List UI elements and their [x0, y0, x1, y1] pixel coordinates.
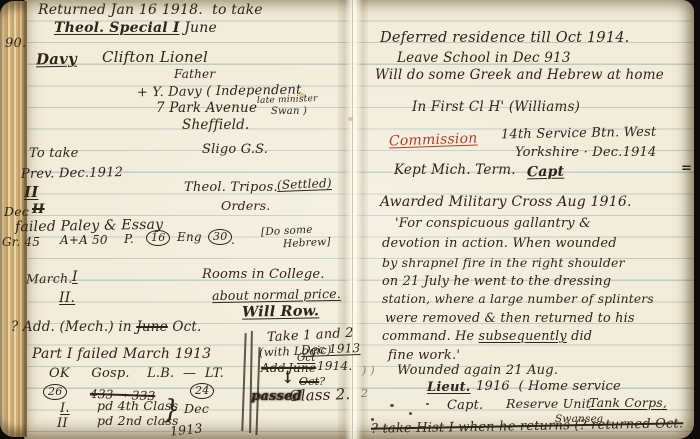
row-i-numeral: I. [60, 402, 70, 416]
prev-exam-line: Prev. Dec.1912 [21, 166, 123, 182]
dec-numeral-struck: II [32, 203, 45, 217]
first-class-line: In First Cl H' (Williams) [412, 100, 580, 115]
address-city: Sheffield. [182, 118, 249, 133]
price-line: about normal price. [212, 287, 341, 303]
mark-greek: Gr. 45 [2, 236, 40, 249]
entry-surname: Davy [36, 51, 77, 68]
captain-2: Capt. [447, 399, 483, 413]
march-label: March. [26, 272, 73, 287]
row-ii-result: pd 2nd class [97, 414, 179, 428]
citation-line-3: by shrapnel fire in the right shoulder [382, 256, 625, 270]
notebook-photo: Returned Jan 16 1918. to take Theol. Spe… [0, 0, 700, 439]
address-street: 7 Park Avenue [156, 101, 257, 116]
will-row-line: Will Row. [242, 303, 319, 320]
ink-blot [426, 403, 429, 405]
row-when: Dec [184, 402, 209, 416]
leave-school-line: Leave School in Dec 913 [397, 51, 571, 66]
lieut-rank: Lieut. [427, 381, 471, 395]
tank-corps: Tank Corps, [589, 396, 667, 410]
kept-term-line: Kept Mich. Term. [394, 163, 516, 178]
mech-oct: Oct. [168, 319, 202, 335]
citation-7b-underlined: subsequently [479, 329, 567, 344]
circled-24: 24 [190, 383, 214, 399]
march-numeral-i: I [72, 270, 78, 285]
paper-stain [348, 117, 353, 121]
citation-line-2: devotion in action. When wounded [382, 237, 617, 251]
mark-english-label: Eng [177, 231, 202, 244]
down-arrow-mark: ↓ [281, 369, 295, 387]
deferred-line: Deferred residence till Oct 1914. [380, 31, 630, 47]
ditto-marks: ) ) [362, 365, 375, 377]
service-unit-line-1: 14th Service Btn. West [501, 126, 657, 143]
note-exam: Theol. Special I June [54, 21, 217, 36]
page-number: 90. [5, 37, 26, 51]
ink-blot [390, 404, 394, 407]
wounded-line: Wounded again 21 Aug. [397, 364, 558, 378]
citation-line-5: station, where a large number of splinte… [382, 293, 654, 307]
military-cross-line: Awarded Military Cross Aug 1916. [380, 195, 632, 210]
mech-june-struck: June [136, 319, 168, 335]
lieut-detail: 1916 ( Home service [476, 380, 621, 394]
mark-period: . [231, 234, 235, 247]
mark-paley-circled: 16 [146, 230, 170, 246]
ok-subjects-line: OK Gosp. L.B. — LT. [49, 367, 224, 381]
service-unit-line-2: Yorkshire · Dec.1914 [515, 146, 657, 160]
citation-line-6: were removed & then returned to his [385, 312, 635, 326]
school-name: Sligo G.S. [202, 143, 268, 157]
mech-pre: ? Add. (Mech.) in [11, 319, 136, 335]
reserve-unit: Reserve Unit [506, 397, 595, 411]
commission-heading: Commission [389, 131, 478, 149]
row-ii-numeral: II [57, 417, 68, 431]
greek-hebrew-line: Will do some Greek and Hebrew at home [375, 68, 664, 83]
orders-line: Orders. [221, 199, 270, 213]
citation-line-7: command. He subsequently did [382, 330, 592, 344]
circled-26: 26 [43, 384, 67, 400]
part1-failed-line: Part I failed March 1913 [32, 347, 211, 362]
march-numeral-ii: II. [59, 291, 75, 306]
exam-month: June [180, 20, 217, 36]
tripos-note: (Settled) [277, 177, 332, 192]
captain-rank: Capt [527, 165, 565, 181]
add-year: 1914. [317, 360, 352, 373]
mark-english-circled: 30 [208, 229, 232, 245]
to-take-label: To take [29, 147, 79, 161]
father-note-2: Swan ) [271, 106, 307, 117]
citation-line-4: on 21 July he went to the dressing [382, 275, 611, 289]
mark-paley-label: P. [124, 233, 134, 246]
citation-line-8: fine work.' [388, 349, 460, 363]
citation-line-1: 'For conspicuous gallantry & [395, 217, 591, 231]
additional-mech-line: ? Add. (Mech.) in June Oct. [11, 320, 201, 335]
ink-blot [371, 418, 374, 421]
numeral-ii: II [24, 184, 38, 201]
father-label: Father [174, 68, 215, 81]
dec-label: Dec [4, 205, 29, 219]
oct-superscript: Oct [297, 353, 315, 364]
mark-arith-algebra: A+A 50 [60, 234, 108, 247]
citation-7c: did [567, 329, 592, 344]
ink-blot [409, 412, 412, 415]
rooms-line: Rooms in College. [202, 268, 325, 282]
note-returned: Returned Jan 16 1918. to take [38, 3, 263, 18]
exam-title: Theol. Special I [54, 20, 180, 36]
tripos-line: Theol. Tripos. [184, 181, 278, 195]
stray-mark: 2 [361, 388, 368, 400]
citation-7a: command. He [382, 329, 479, 344]
entry-forenames: Clifton Lionel [102, 49, 208, 66]
class-2-result: Class 2. [289, 386, 351, 405]
equals-mark: = [681, 162, 692, 176]
